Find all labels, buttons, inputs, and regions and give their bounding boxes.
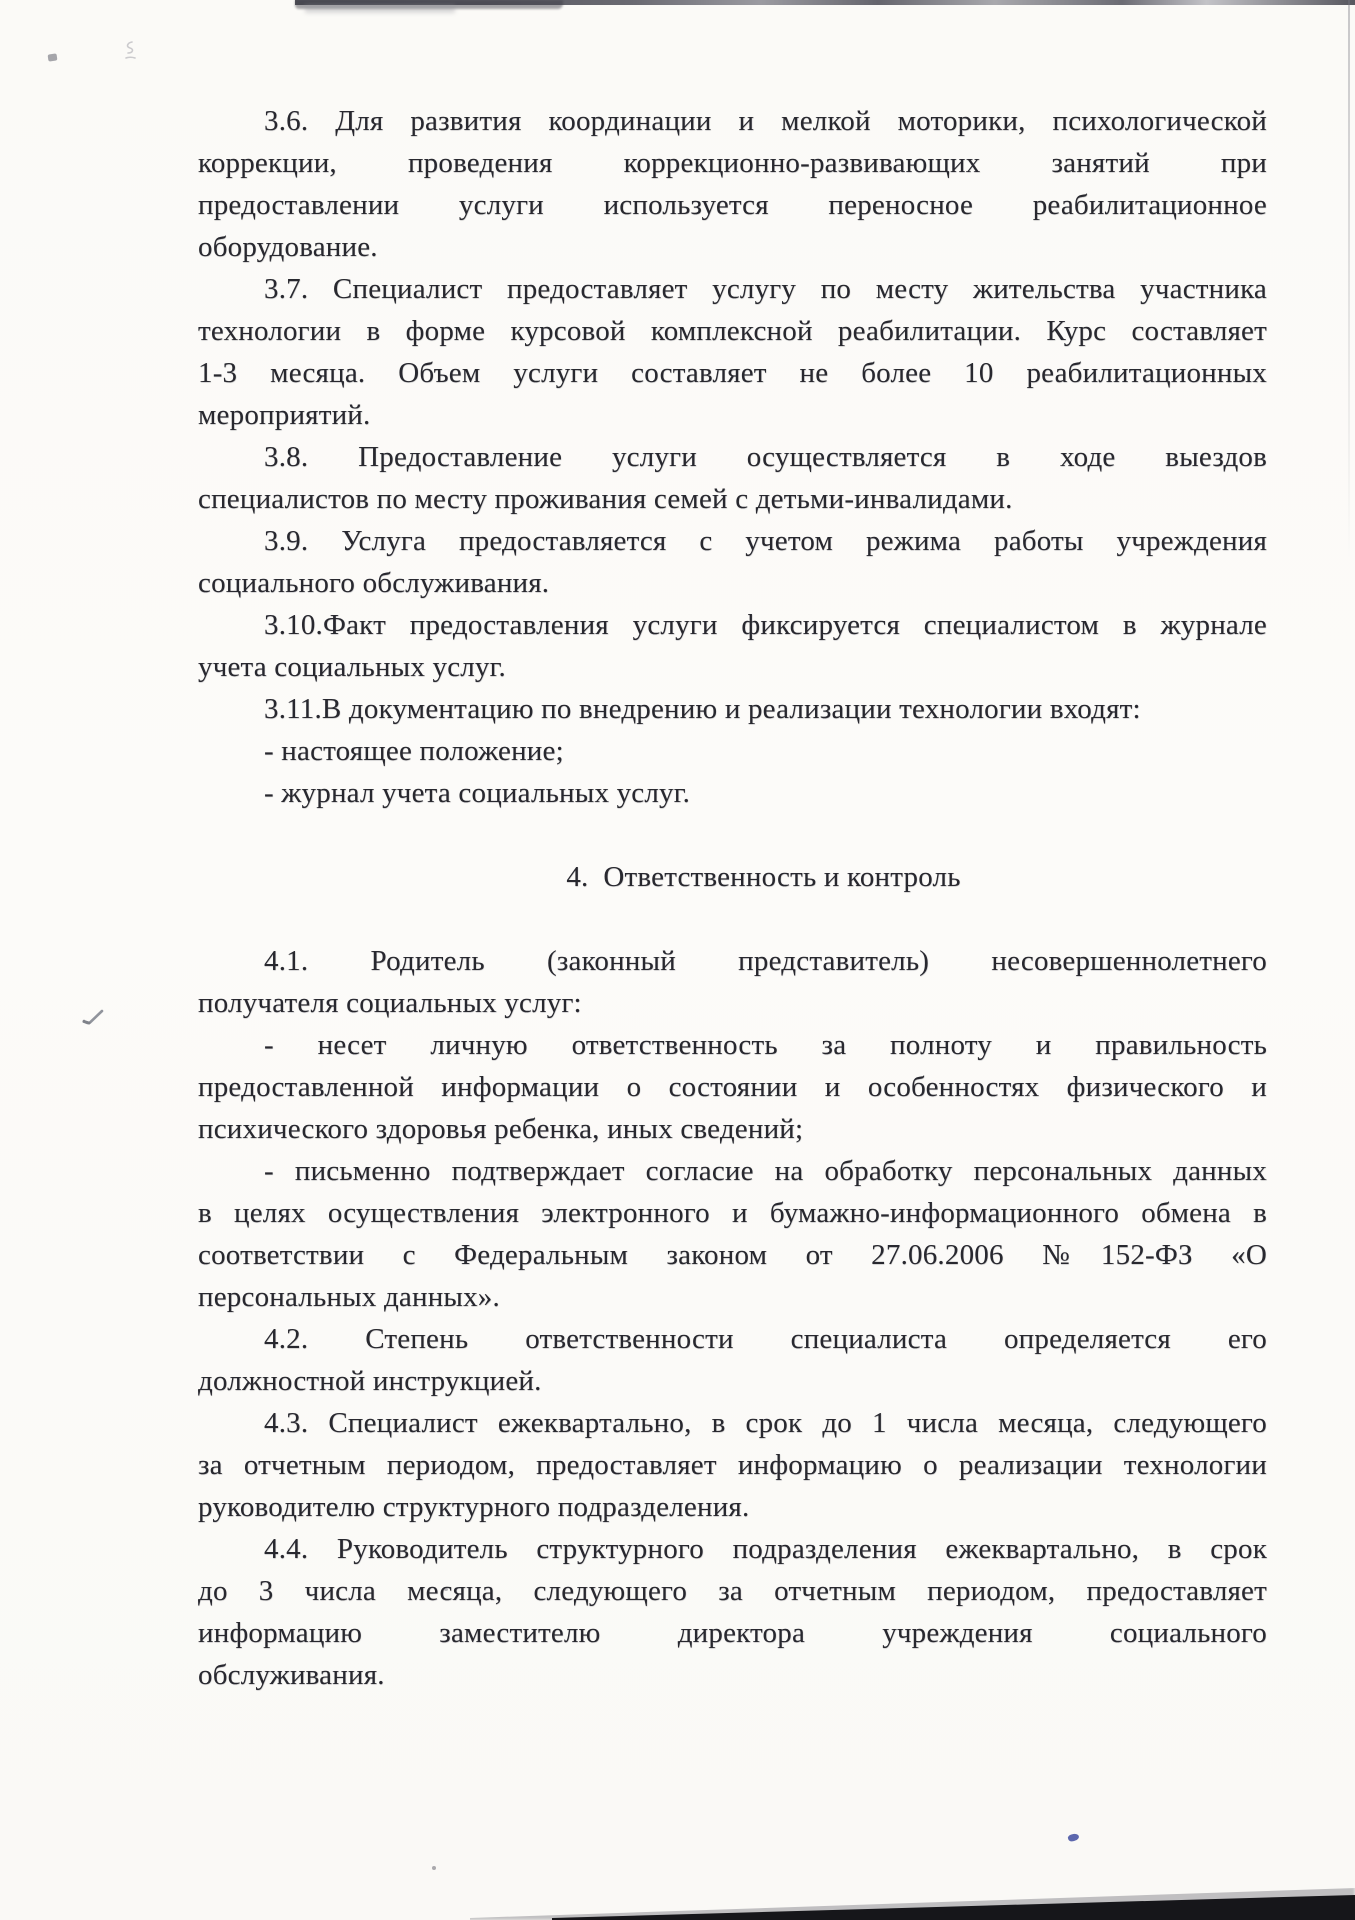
paragraph: 3.8. Предоставление услуги осуществляетс… bbox=[198, 436, 1267, 520]
text-line: коррекции, проведения коррекционно-разви… bbox=[198, 142, 1267, 184]
text-line: - настоящее положение; bbox=[198, 730, 1267, 772]
text-line: - журнал учета социальных услуг. bbox=[198, 772, 1267, 814]
text-line: предоставлении услуги используется перен… bbox=[198, 184, 1267, 226]
document-page: 3.6. Для развития координации и мелкой м… bbox=[0, 0, 1355, 1920]
section-heading: 4. Ответственность и контроль bbox=[198, 856, 1267, 898]
paragraph: 3.7. Специалист предоставляет услугу по … bbox=[198, 268, 1267, 436]
text-line: технологии в форме курсовой комплексной … bbox=[198, 310, 1267, 352]
text-line: - несет личную ответственность за полнот… bbox=[198, 1024, 1267, 1066]
paragraph: - настоящее положение; bbox=[198, 730, 1267, 772]
text-line: 4.4. Руководитель структурного подраздел… bbox=[198, 1528, 1267, 1570]
scan-bottom-edge-artifact bbox=[0, 1890, 1355, 1920]
paragraph: 4.1. Родитель (законный представитель) н… bbox=[198, 940, 1267, 1024]
text-line: 1-3 месяца. Объем услуги составляет не б… bbox=[198, 352, 1267, 394]
text-line: социального обслуживания. bbox=[198, 562, 1267, 604]
text-line: предоставленной информации о состоянии и… bbox=[198, 1066, 1267, 1108]
paragraph: - несет личную ответственность за полнот… bbox=[198, 1024, 1267, 1150]
text-line: мероприятий. bbox=[198, 394, 1267, 436]
paragraph: - письменно подтверждает согласие на обр… bbox=[198, 1150, 1267, 1318]
text-line: персональных данных». bbox=[198, 1276, 1267, 1318]
text-line: 3.10.Факт предоставления услуги фиксируе… bbox=[198, 604, 1267, 646]
text-line: 3.8. Предоставление услуги осуществляетс… bbox=[198, 436, 1267, 478]
document-content: 3.6. Для развития координации и мелкой м… bbox=[0, 0, 1355, 1696]
text-line: оборудование. bbox=[198, 226, 1267, 268]
paragraph: - журнал учета социальных услуг. bbox=[198, 772, 1267, 814]
text-line: 3.9. Услуга предоставляется с учетом реж… bbox=[198, 520, 1267, 562]
text-line: за отчетным периодом, предоставляет инфо… bbox=[198, 1444, 1267, 1486]
text-line: до 3 числа месяца, следующего за отчетны… bbox=[198, 1570, 1267, 1612]
paragraph: 4.4. Руководитель структурного подраздел… bbox=[198, 1528, 1267, 1696]
text-line: информацию заместителю директора учрежде… bbox=[198, 1612, 1267, 1654]
text-line: психического здоровья ребенка, иных свед… bbox=[198, 1108, 1267, 1150]
paragraph: 4.2. Степень ответственности специалиста… bbox=[198, 1318, 1267, 1402]
text-line: 4.3. Специалист ежеквартально, в срок до… bbox=[198, 1402, 1267, 1444]
text-line: 4.1. Родитель (законный представитель) н… bbox=[198, 940, 1267, 982]
text-line: соответствии с Федеральным законом от 27… bbox=[198, 1234, 1267, 1276]
text-line: учета социальных услуг. bbox=[198, 646, 1267, 688]
text-line: 4.2. Степень ответственности специалиста… bbox=[198, 1318, 1267, 1360]
ink-speck bbox=[432, 1866, 436, 1870]
text-line: 3.6. Для развития координации и мелкой м… bbox=[198, 100, 1267, 142]
paragraph: 3.10.Факт предоставления услуги фиксируе… bbox=[198, 604, 1267, 688]
text-line: 3.11.В документацию по внедрению и реали… bbox=[198, 688, 1267, 730]
text-line: руководителю структурного подразделения. bbox=[198, 1486, 1267, 1528]
handwritten-check-mark bbox=[82, 1008, 108, 1026]
text-line: должностной инструкцией. bbox=[198, 1360, 1267, 1402]
paragraph: 4.3. Специалист ежеквартально, в срок до… bbox=[198, 1402, 1267, 1528]
ink-speck bbox=[444, 1588, 448, 1591]
text-line: в целях осуществления электронного и бум… bbox=[198, 1192, 1267, 1234]
text-line: специалистов по месту проживания семей с… bbox=[198, 478, 1267, 520]
paragraph: 3.9. Услуга предоставляется с учетом реж… bbox=[198, 520, 1267, 604]
text-line: - письменно подтверждает согласие на обр… bbox=[198, 1150, 1267, 1192]
text-line: обслуживания. bbox=[198, 1654, 1267, 1696]
text-line: 3.7. Специалист предоставляет услугу по … bbox=[198, 268, 1267, 310]
paragraph: 3.11.В документацию по внедрению и реали… bbox=[198, 688, 1267, 730]
text-line: получателя социальных услуг: bbox=[198, 982, 1267, 1024]
ink-speck-blue bbox=[1067, 1832, 1080, 1842]
paragraph: 3.6. Для развития координации и мелкой м… bbox=[198, 100, 1267, 268]
